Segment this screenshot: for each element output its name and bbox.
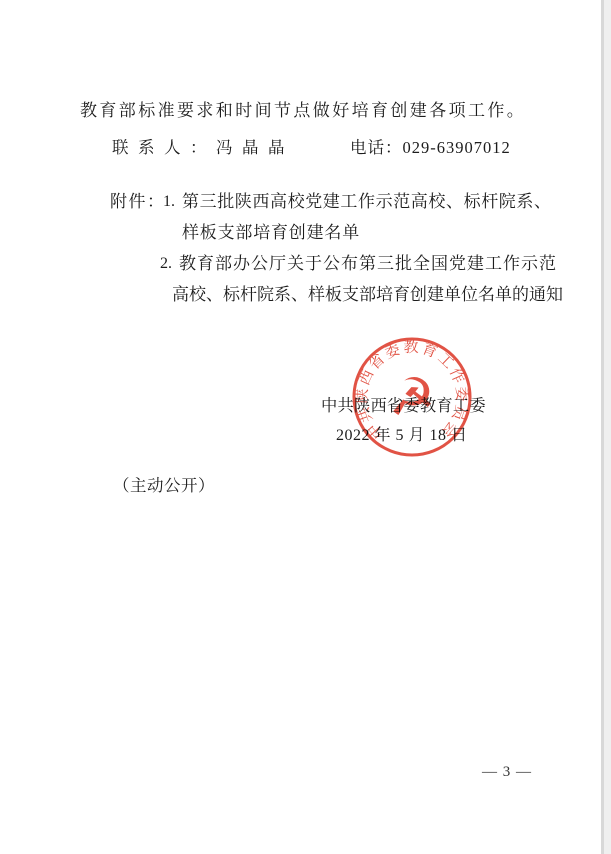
attachment-label: 附件：	[110, 191, 166, 213]
attachment-item-1-line-1: 第三批陕西高校党建工作示范高校、标杆院系、	[182, 191, 552, 213]
disclosure-note: （主动公开）	[113, 475, 215, 496]
contact-person: 联系人：冯晶晶	[112, 137, 294, 158]
attachment-item-2-line-1: 教育部办公厅关于公布第三批全国党建工作示范	[179, 253, 557, 275]
attachment-item-2-number: 2.	[160, 254, 172, 275]
attachment-item-1-line-2: 样板支部培育创建名单	[182, 222, 360, 244]
contact-phone: 电话：029-63907012	[350, 137, 511, 158]
attachment-item-2-line-2: 高校、标杆院系、样板支部培育创建单位名单的通知	[172, 284, 563, 306]
body-paragraph-line: 教育部标准要求和时间节点做好培育创建各项工作。	[80, 100, 526, 122]
document-page: 教育部标准要求和时间节点做好培育创建各项工作。 联系人：冯晶晶 电话：029-6…	[0, 0, 604, 854]
official-seal: 中共陕西省委教育工作委员会 ☭	[349, 334, 475, 460]
hammer-sickle-icon: ☭	[389, 368, 436, 428]
attachment-item-1-number: 1.	[163, 192, 175, 213]
page-number: — 3 —	[482, 763, 531, 783]
